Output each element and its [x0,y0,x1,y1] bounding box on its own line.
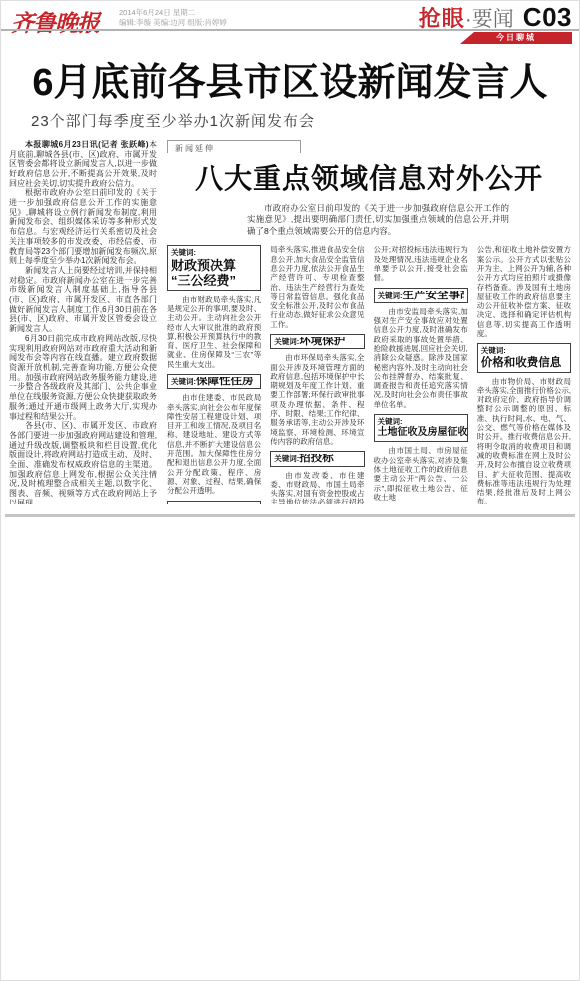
news-extension-section: 新闻延伸 八大重点领域信息对外公开 市政府办公室日前印发的《关于进一步加强政府信… [167,140,571,504]
keyword-box-bidding: 关键词: 招投标 [270,451,364,466]
keyword-box-fiscal: 关键词: 财政预决算 “三公经费” [167,245,261,290]
newspaper-logo: 齐鲁晚报 [11,5,99,38]
newspaper-page: 齐鲁晚报 2014年6月24日 星期二 编辑:李璇 美编:边河 组版:肖婷婷 抢… [0,0,580,981]
keyword-label: 关键词: [378,417,464,426]
lead-paragraph-1: 本报聊城6月23日讯(记者 张跃峰)本月底前,聊城各县(市、区)政府、市属开发区… [9,140,157,189]
lead-article-column: 本报聊城6月23日讯(记者 张跃峰)本月底前,聊城各县(市、区)政府、市属开发区… [9,140,157,504]
extension-column-3: 公开;对招投标违法违规行为及处理情况,违法违规企业名单要予以公开,接受社会监督。… [374,245,468,504]
staff-line: 编辑:李璇 美编:边河 组版:肖婷婷 [119,18,227,28]
keyword-label: 关键词: [171,377,196,386]
keyword-label: 关键词: [274,454,299,463]
keyword-price-fees: 价格和收费信息 [481,356,567,370]
date-line: 2014年6月24日 星期二 [119,8,227,18]
extension-column-1: 关键词: 财政预决算 “三公经费” 由市财政局牵头落实,凡是规定公开的事项,要及… [167,245,261,504]
lead-paragraph-2: 根据市政府办公室日前印发的《关于进一步加强政府信息公开工作的实施意见》,聊城将设… [9,188,157,266]
sub-headline: 23个部门每季度至少举办1次新闻发布会 [9,106,571,131]
keyword-label: 关键词: [171,248,257,257]
extension-intro: 市政府办公室日前印发的《关于进一步加强政府信息公开工作的实施意见》,提出要明确部… [167,197,571,238]
land-expropriation-paragraph-cont: 公告,和征收土地补偿安置方案公示。公开方式以张贴公开为主、上网公开为辅,各种公开… [477,245,571,338]
keyword-label: 关键词: [274,337,299,346]
keyword-fiscal-line2: “三公经费” [171,273,257,288]
lead-paragraph-3: 新闻发言人上岗要经过培训,并保持相对稳定。市政府新闻办公室在进一步完善市级新闻发… [9,266,157,334]
bottom-divider [5,514,575,517]
keyword-box-price-fees: 关键词: 价格和收费信息 [477,343,571,372]
fiscal-paragraph: 由市财政局牵头落实,凡是规定公开的事项,要及时、主动公开。主动向社会公开经市人大… [167,295,261,369]
price-fees-paragraph: 由市物价局、市财政局牵头落实,全面推行价格公示,对政府定价、政府指导价调整时公示… [477,377,571,504]
keyword-box-housing: 关键词: 保障性住房 [167,374,261,389]
keyword-box-environment: 关键词: 环境保护 [270,334,364,349]
extension-column-4: 公告,和征收土地补偿安置方案公示。公开方式以张贴公开为主、上网公开为辅,各种公开… [477,245,571,504]
keyword-environment: 环境保护 [299,337,345,346]
keyword-box-production-accident: 关键词: 生产安全事故 [374,288,468,303]
bidding-paragraph-cont: 公开;对招投标违法违规行为及处理情况,违法违规企业名单要予以公开,接受社会监督。 [374,245,468,282]
keyword-label: 关键词: [378,291,403,300]
keyword-housing: 保障性住房 [196,377,254,386]
bidding-paragraph: 由市发改委、市住建委、市财政局、市国土局牵头落实,对国有资金控股或占主导地位依法… [270,471,364,504]
edition-banner: 今日聊城 [460,32,572,44]
extension-tag: 新闻延伸 [167,140,301,153]
housing-paragraph: 由市住建委、市民政局牵头落实,向社会公布年度保障性安居工程建设计划、项目开工和竣… [167,393,261,495]
issue-info: 2014年6月24日 星期二 编辑:李璇 美编:边河 组版:肖婷婷 [119,8,227,28]
food-safety-paragraph-cont: 局牵头落实,推进食品安全信息公开,加大食品安全监管信息公开力度,依法公开食品生产… [270,245,364,329]
page-header: 齐鲁晚报 2014年6月24日 星期二 编辑:李璇 美编:边河 组版:肖婷婷 抢… [1,1,579,45]
keyword-box-land-expropriation: 关键词: 土地征收及房屋征收 [374,414,468,442]
extension-column-2: 局牵头落实,推进食品安全信息公开,加大食品安全监管信息公开力度,依法公开食品生产… [270,245,364,504]
main-headline: 6月底前各县市区设新闻发言人 [9,61,571,106]
keyword-land-expropriation: 土地征收及房屋征收 [378,426,464,439]
extension-headline: 八大重点领域信息对外公开 [167,157,571,197]
keyword-label: 关键词: [481,346,567,355]
keyword-fiscal-line1: 财政预决算 [171,258,257,273]
keyword-box-food-safety: 关键词: 食品安全 [167,501,261,504]
land-expropriation-paragraph: 由市国土局、市房屋征收办公室牵头落实,对涉及集体土地征收工作的政府信息要主动公开… [374,446,468,502]
lead-paragraph-4: 6月30日前完成市政府网站改版,尽快实现利用政府网站对市政府重大活动和新闻发布会… [9,334,157,421]
header-divider [1,29,579,31]
dateline: 本报聊城6月23日讯(记者 张跃峰) [25,140,149,149]
content-area: 本报聊城6月23日讯(记者 张跃峰)本月底前,聊城各县(市、区)政府、市属开发区… [1,140,579,504]
keyword-production-accident: 生产安全事故 [403,291,464,300]
extension-columns: 关键词: 财政预决算 “三公经费” 由市财政局牵头落实,凡是规定公开的事项,要及… [167,245,571,504]
keyword-bidding: 招投标 [299,454,334,463]
lead-headline-block: 6月底前各县市区设新闻发言人 23个部门每季度至少举办1次新闻发布会 [1,45,579,131]
production-accident-paragraph: 由市安监局牵头落实,加强对生产安全事故应对处置信息公开力度,及时准确发布政府采取… [374,307,468,409]
environment-paragraph: 由市环保局牵头落实,全面公开涉及环境管理方面的政府信息,包括环境保护中长期规划及… [270,353,364,446]
lead-paragraph-5: 各县(市、区)、市属开发区、市政府各部门要进一步加强政府网站建设和管理,通过升级… [9,421,157,504]
